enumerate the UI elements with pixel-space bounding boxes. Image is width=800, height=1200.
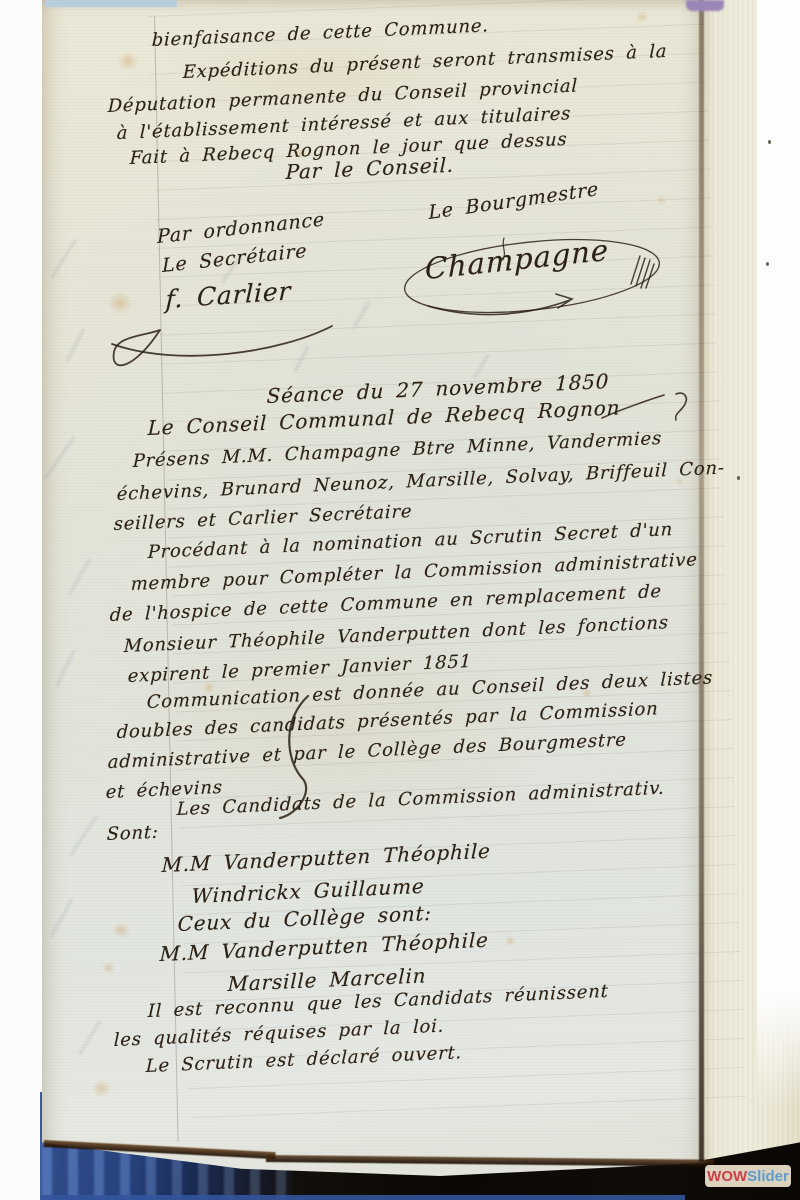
foxing-spot: [92, 1080, 111, 1097]
photo-speck: [766, 262, 769, 266]
photo-speck: [768, 140, 771, 144]
top-edge-sliver: [45, 0, 177, 7]
watermark-wow: WOW: [707, 1168, 747, 1185]
watermark-slider: Slider: [747, 1168, 789, 1185]
foxing-spot: [102, 962, 115, 974]
signature-flourish-left: [100, 298, 340, 378]
manuscript-line: Sont:: [106, 822, 159, 845]
foxing-spot: [112, 922, 130, 938]
wowslider-watermark[interactable]: WOWSlider: [705, 1165, 791, 1187]
foxing-spot: [657, 196, 666, 204]
signature-flourish-right: [392, 228, 682, 333]
foxing-spot: [118, 52, 138, 70]
foxing-spot: [505, 936, 516, 946]
photo-speck: [737, 476, 740, 480]
long-descender-stroke: [262, 690, 332, 825]
manuscript-photo: bienfaisance de cette Commune. Expéditio…: [0, 0, 800, 1200]
photo-margin: [757, 0, 800, 1105]
blue-cloth-strip: [40, 1195, 685, 1200]
foxing-spot: [636, 12, 648, 22]
